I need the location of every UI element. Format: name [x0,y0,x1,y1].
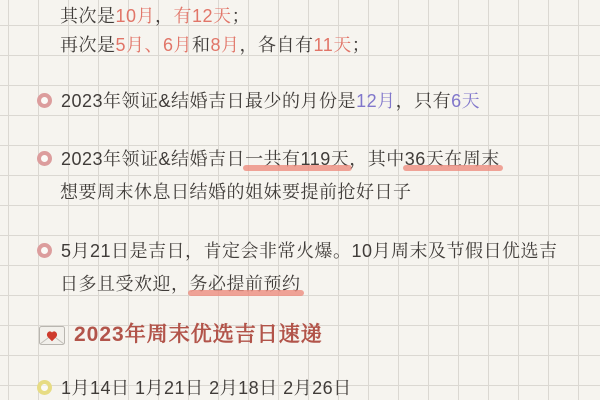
text-segment: ，只有 [396,91,452,111]
text-segment: 2023年领证&结婚吉日 [61,149,245,169]
line-text: 日多且受欢迎，务必提前预约 [60,271,301,297]
bullet-line: 2023年领证&结婚吉日最少的月份是12月，只有6天 [0,88,600,114]
text-segment: 再次是 [60,35,116,55]
text-segment: 6天 [451,91,480,111]
text-segment: ； [232,6,251,26]
text-segment: 10月 [116,6,156,26]
text-segment: 其次是 [60,6,116,26]
text-segment: ， [155,6,174,26]
line-text: 再次是5月、6月和8月，各自有11天； [60,32,370,58]
text-segment: 想要周末休息日结婚的姐妹要提前抢好日子 [60,182,412,202]
ring-bullet-icon [37,93,52,108]
text-segment: ，各自有 [240,35,314,55]
ring-bullet-icon [37,151,52,166]
text-segment: 和 [192,35,211,55]
text-segment: 11天 [314,35,352,55]
section-header: 2023年周末优选吉日速递 [0,322,600,348]
line-text: 想要周末休息日结婚的姐妹要提前抢好日子 [60,179,412,205]
notes-page: 其次是10月，有12天； 再次是5月、6月和8月，各自有11天； 2023年领证… [0,0,600,400]
bullet-line: 1月14日 1月21日 2月18日 2月26日 [0,375,600,400]
text-line: 想要周末休息日结婚的姐妹要提前抢好日子 [0,179,600,205]
text-line: 日多且受欢迎，务必提前预约 [0,271,600,297]
ring-bullet-icon [37,380,52,395]
line-text: 5月21日是吉日，肯定会非常火爆。10月周末及节假日优选吉 [61,238,558,264]
line-text: 2023年领证&结婚吉日最少的月份是12月，只有6天 [61,88,480,114]
text-segment: 8月 [211,35,240,55]
text-segment: 务必提前预约 [190,274,301,294]
line-text: 1月14日 1月21日 2月18日 2月26日 [61,375,352,400]
text-line: 其次是10月，有12天； [0,3,600,29]
text-segment: 一共有119天 [245,149,349,169]
line-text: 其次是10月，有12天； [60,3,250,29]
text-segment: 36天在周末 [405,149,500,169]
text-segment: 5月、6月 [116,35,193,55]
text-segment: 2023年领证&结婚吉日最少的月份是 [61,91,356,111]
text-segment: 有12天 [174,6,232,26]
text-segment: 12月 [356,91,396,111]
text-segment: 日多且受欢迎， [60,274,190,294]
text-line: 再次是5月、6月和8月，各自有11天； [0,32,600,58]
love-letter-icon [39,326,65,345]
text-segment: 1月14日 1月21日 2月18日 2月26日 [61,378,352,398]
section-title: 2023年周末优选吉日速递 [74,322,323,348]
text-segment: ； [352,35,371,55]
ring-bullet-icon [37,243,52,258]
text-segment: ，其中 [349,149,405,169]
bullet-line: 5月21日是吉日，肯定会非常火爆。10月周末及节假日优选吉 [0,238,600,264]
bullet-line: 2023年领证&结婚吉日一共有119天，其中36天在周末 [0,146,600,172]
line-text: 2023年领证&结婚吉日一共有119天，其中36天在周末 [61,146,500,172]
text-segment: 5月21日是吉日，肯定会非常火爆。10月周末及节假日优选吉 [61,241,558,261]
